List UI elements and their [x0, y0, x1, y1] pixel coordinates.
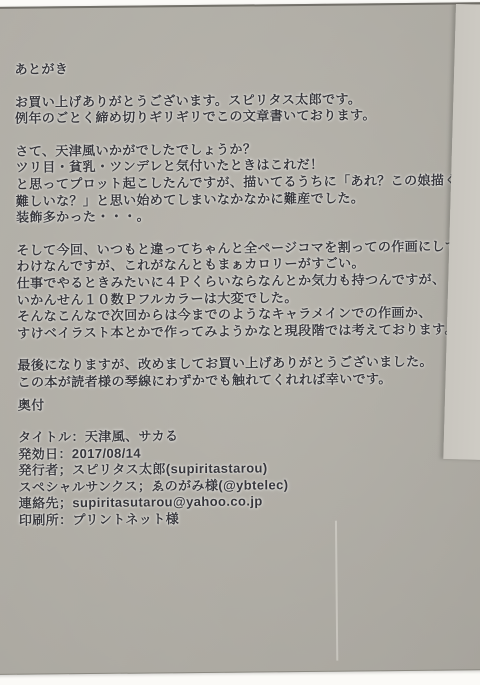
afterword-paragraph-greeting: お買い上げありがとうございます。スピリタス太郎です。 例年のごとく締め切りギリギ…: [15, 90, 480, 128]
colophon-heading: 奥付: [18, 393, 480, 414]
colophon-printer-entry: 印刷所：プリントネット様: [19, 508, 480, 529]
afterword-heading: あとがき: [15, 57, 480, 78]
scanned-page: あとがき お買い上げありがとうございます。スピリタス太郎です。 例年のごとく締め…: [0, 0, 480, 685]
colophon-heading-block: 奥付: [18, 393, 480, 414]
afterword-line: この本が読者様の琴線にわずかでも触れてくれれば幸いです。: [18, 370, 480, 391]
colophon-entries: タイトル：天津風、サカる 発効日：2017/08/14 発行者；スピリタス太郎(…: [18, 425, 480, 529]
afterword-paragraph-character: さて、天津風いかがでしたでしょうか？ ツリ目・貧乳・ツンデレと気付いたときはこれ…: [15, 139, 480, 226]
afterword-line: 装飾多かった・・・。: [16, 205, 480, 226]
afterword-line: すけベイラスト本とかで作ってみようかなと現段階では考えております。: [17, 321, 480, 342]
page-text: あとがき お買い上げありがとうございます。スピリタス太郎です。 例年のごとく締め…: [15, 57, 480, 545]
afterword-heading-block: あとがき: [15, 57, 480, 78]
afterword-line: 例年のごとく締め切りギリギリでこの文章書いております。: [15, 106, 480, 127]
afterword-paragraph-closing: 最後になりますが、改めましてお買い上げありがとうございました。 この本が読者様の…: [17, 354, 480, 392]
paper-sheet: あとがき お買い上げありがとうございます。スピリタス太郎です。 例年のごとく締め…: [0, 2, 480, 675]
afterword-paragraph-production: そして今回、いつもと違ってちゃんと全ページコマを割っての作画にしてみた わけなん…: [16, 238, 480, 342]
